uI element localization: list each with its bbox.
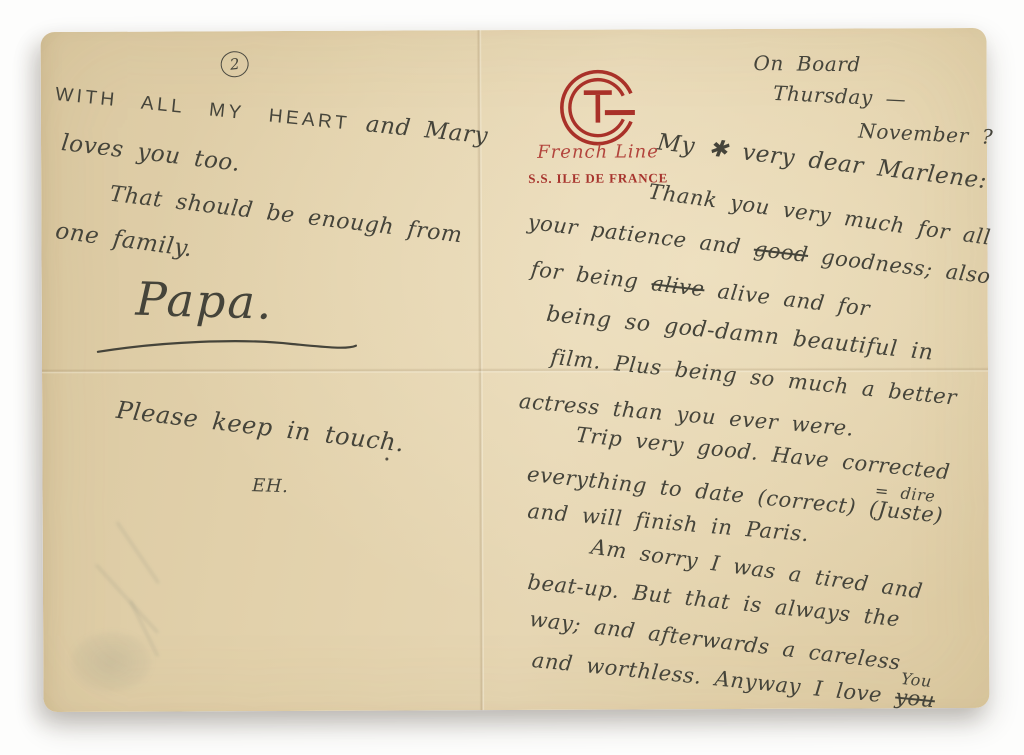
handwriting-segment: goodness; also xyxy=(807,243,992,288)
right-page-lines: Thank you very much for allyour patience… xyxy=(41,28,987,32)
handwriting-segment: = dire(Juste) xyxy=(868,496,944,527)
right-page: French Line S.S. ILE DE FRANCE On Board … xyxy=(41,28,990,712)
letter-photo: 2 WITH ALL MY HEARTand Mary loves you to… xyxy=(0,0,1024,755)
handwriting-segment: alive xyxy=(650,271,706,301)
handwriting-segment: for being xyxy=(530,257,653,295)
dateline-day: Thursday — xyxy=(773,81,907,111)
handwriting-segment: good xyxy=(753,237,810,267)
cgt-monogram-icon xyxy=(556,65,640,149)
handwriting-segment: your patience and xyxy=(526,210,755,261)
handwriting-segment: You xyxy=(900,669,933,691)
handwriting-segment: Youyou xyxy=(894,685,936,713)
letterhead-company: French Line xyxy=(528,141,668,163)
dateline-month: November ? xyxy=(858,118,994,148)
letter-sheet: 2 WITH ALL MY HEARTand Mary loves you to… xyxy=(41,28,990,712)
dateline-on-board: On Board xyxy=(753,51,861,76)
handwriting-segment: alive and for xyxy=(703,277,871,320)
